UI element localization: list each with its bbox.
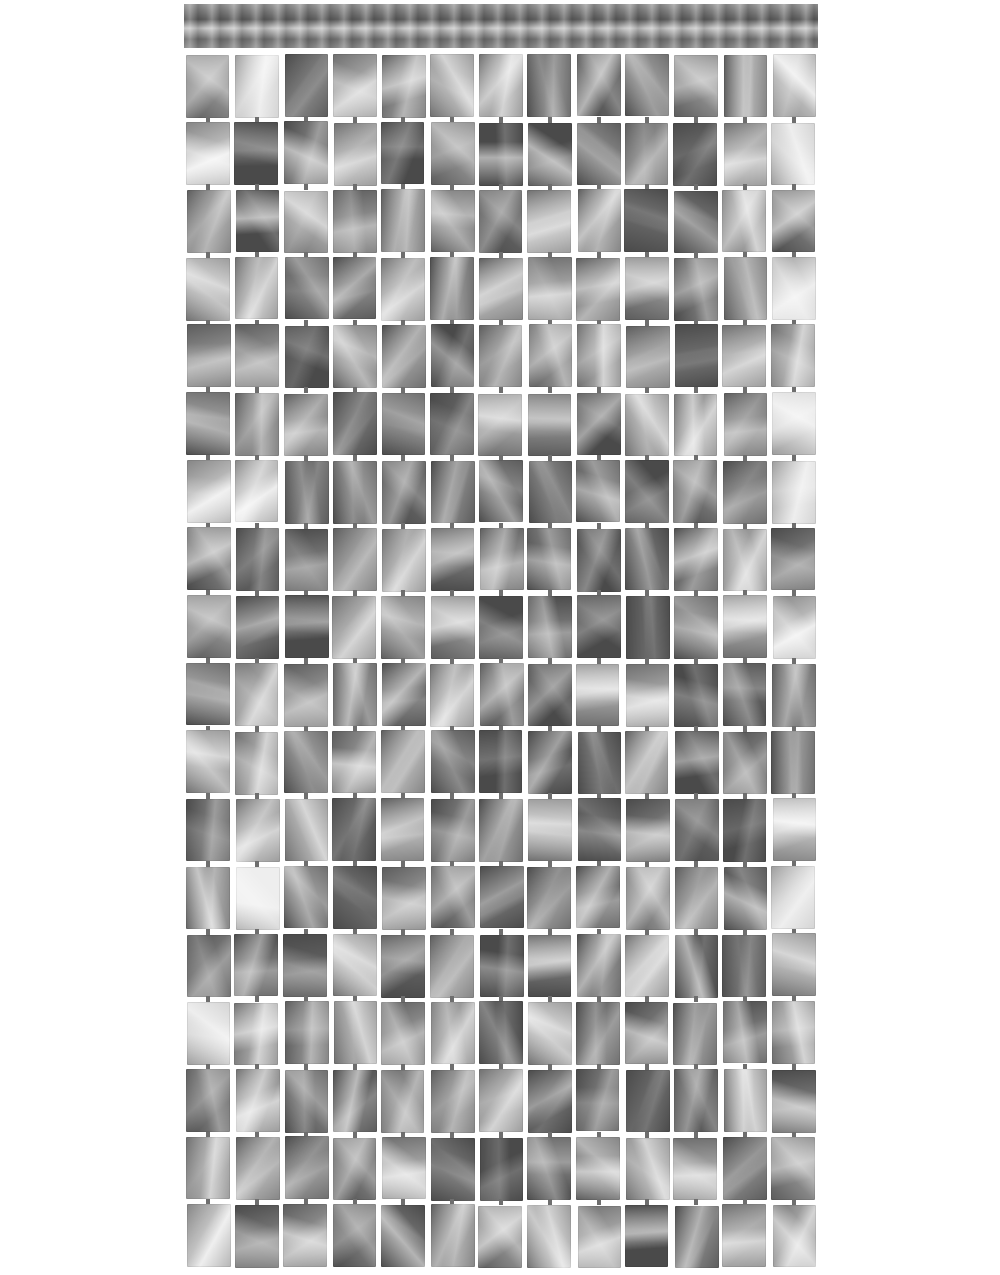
- tile-connector: [206, 929, 210, 935]
- foil-tile-grid: [184, 52, 818, 1270]
- foil-tile: [284, 191, 328, 254]
- foil-tile: [723, 595, 767, 658]
- tile-connector: [401, 523, 405, 529]
- foil-tile: [430, 54, 474, 117]
- tile-connector: [743, 523, 747, 529]
- foil-tile: [235, 1205, 279, 1268]
- tile-connector: [743, 387, 747, 393]
- foil-tile: [673, 1003, 717, 1066]
- foil-tile: [675, 935, 719, 998]
- foil-tile: [187, 190, 231, 253]
- foil-tile: [674, 1069, 718, 1132]
- foil-tile: [528, 257, 572, 320]
- foil-tile: [479, 325, 523, 388]
- foil-tile: [527, 54, 571, 117]
- foil-tile: [333, 54, 377, 117]
- foil-tile: [381, 1002, 425, 1065]
- foil-tile: [722, 190, 766, 253]
- foil-tile: [285, 257, 329, 320]
- foil-tile: [187, 1002, 231, 1065]
- foil-tile: [186, 799, 230, 862]
- foil-tile: [576, 664, 620, 727]
- tile-connector: [353, 1132, 357, 1138]
- foil-tile: [381, 798, 425, 861]
- foil-tile: [772, 257, 816, 320]
- foil-tile: [625, 528, 669, 591]
- foil-tile: [529, 324, 573, 387]
- tile-connector: [548, 117, 552, 123]
- tile-connector: [694, 929, 698, 935]
- foil-tile: [285, 799, 329, 862]
- foil-tile: [578, 798, 622, 861]
- tile-connector: [206, 252, 210, 258]
- foil-tile: [675, 867, 719, 930]
- tile-connector: [304, 455, 308, 461]
- foil-tile: [723, 529, 767, 592]
- foil-tile: [381, 1205, 425, 1268]
- foil-tile: [479, 460, 523, 523]
- foil-tile: [674, 258, 718, 321]
- foil-tile: [528, 394, 572, 457]
- foil-tile: [285, 1070, 329, 1133]
- tile-connector: [401, 929, 405, 935]
- tile-connector: [499, 117, 503, 123]
- foil-tile: [480, 663, 524, 726]
- foil-tile: [626, 664, 670, 727]
- foil-tile: [577, 934, 621, 997]
- foil-tile: [771, 324, 815, 387]
- foil-tile: [236, 867, 280, 930]
- foil-tile: [722, 935, 766, 998]
- foil-tile: [772, 1070, 816, 1133]
- foil-tile: [186, 1137, 230, 1200]
- foil-tile: [578, 189, 622, 252]
- foil-tile: [431, 866, 475, 929]
- foil-tile: [430, 664, 474, 727]
- foil-tile: [236, 1137, 280, 1200]
- foil-tile: [332, 596, 376, 659]
- foil-tile: [772, 392, 816, 455]
- foil-tile: [235, 732, 279, 795]
- tile-connector: [450, 1132, 454, 1138]
- foil-tile: [772, 664, 816, 727]
- foil-tile: [285, 326, 329, 389]
- foil-tile: [431, 461, 475, 524]
- foil-tile: [773, 54, 817, 117]
- foil-tile: [382, 529, 426, 592]
- foil-tile: [186, 122, 230, 185]
- tile-connector: [597, 1199, 601, 1205]
- foil-tile: [674, 394, 718, 457]
- tile-connector: [694, 1199, 698, 1205]
- foil-tile: [673, 123, 717, 186]
- foil-tile: [772, 190, 816, 253]
- foil-tile: [625, 1002, 669, 1065]
- foil-tile: [723, 663, 767, 726]
- tile-connector: [694, 996, 698, 1002]
- foil-tile: [333, 325, 377, 388]
- foil-tile: [430, 393, 474, 456]
- foil-tile: [772, 1001, 816, 1064]
- foil-tile: [723, 461, 767, 524]
- foil-tile: [186, 867, 230, 930]
- foil-tile: [675, 799, 719, 862]
- foil-tile: [381, 189, 425, 252]
- foil-tile: [724, 867, 768, 930]
- foil-tile: [431, 730, 475, 793]
- foil-tile: [234, 122, 278, 185]
- foil-tile: [187, 324, 231, 387]
- tile-connector: [450, 658, 454, 664]
- foil-tile: [381, 935, 425, 998]
- foil-tile: [625, 257, 669, 320]
- foil-tile: [186, 1069, 230, 1132]
- foil-tile: [576, 1137, 620, 1200]
- foil-tile: [576, 258, 620, 321]
- foil-tile: [285, 54, 329, 117]
- foil-tile: [332, 731, 376, 794]
- foil-tile: [724, 1069, 768, 1132]
- foil-tile: [235, 324, 279, 387]
- foil-tile: [186, 663, 230, 726]
- foil-tile: [285, 1001, 329, 1064]
- foil-tile: [625, 394, 669, 457]
- foil-tile: [381, 122, 425, 185]
- foil-tile: [480, 1138, 524, 1201]
- tile-connector: [499, 387, 503, 393]
- foil-tile: [675, 1206, 719, 1269]
- foil-tile: [333, 866, 377, 929]
- foil-tile: [479, 730, 523, 793]
- foil-tile: [528, 596, 572, 659]
- foil-tile: [382, 461, 426, 524]
- tile-connector: [255, 861, 259, 867]
- foil-tile: [333, 1138, 377, 1201]
- foil-tile: [576, 460, 620, 523]
- foil-tile: [236, 1069, 280, 1132]
- foil-tile: [577, 324, 621, 387]
- foil-tile: [576, 1002, 620, 1065]
- foil-tile: [333, 934, 377, 997]
- foil-tile: [478, 1206, 522, 1269]
- foil-tile: [480, 935, 524, 998]
- foil-tile: [724, 257, 768, 320]
- foil-tile: [284, 121, 328, 184]
- foil-tile: [577, 54, 621, 117]
- tile-connector: [304, 387, 308, 393]
- foil-tile: [771, 731, 815, 794]
- foil-tile: [431, 1138, 475, 1201]
- foil-tile: [186, 392, 230, 455]
- foil-tile: [527, 867, 571, 930]
- foil-tile: [625, 54, 669, 117]
- foil-tile: [236, 799, 280, 862]
- foil-tile: [285, 595, 329, 658]
- foil-curtain: [184, 4, 818, 1270]
- foil-tile: [334, 123, 378, 186]
- foil-tile: [186, 258, 230, 321]
- foil-tile: [187, 595, 231, 658]
- foil-tile: [284, 866, 328, 929]
- foil-tile: [577, 529, 621, 592]
- foil-tile: [431, 799, 475, 862]
- foil-tile: [528, 1070, 572, 1133]
- tile-connector: [255, 387, 259, 393]
- foil-tile: [334, 1001, 378, 1064]
- foil-tile: [528, 664, 572, 727]
- foil-tile: [479, 799, 523, 862]
- foil-tile: [235, 663, 279, 726]
- foil-tile: [332, 798, 376, 861]
- foil-tile: [625, 460, 669, 523]
- tile-connector: [694, 117, 698, 123]
- tile-connector: [792, 1064, 796, 1070]
- foil-tile: [431, 1070, 475, 1133]
- foil-tile: [673, 460, 717, 523]
- foil-tile: [283, 934, 327, 997]
- tile-connector: [255, 726, 259, 732]
- foil-tile: [625, 731, 669, 794]
- foil-tile: [674, 191, 718, 254]
- foil-tile: [381, 258, 425, 321]
- foil-tile: [381, 1070, 425, 1133]
- foil-tile: [479, 123, 523, 186]
- foil-tile: [235, 257, 279, 320]
- foil-tile: [479, 54, 523, 117]
- foil-tile: [381, 596, 425, 659]
- foil-tile: [625, 935, 669, 998]
- foil-tile: [381, 730, 425, 793]
- foil-tile: [431, 1002, 475, 1065]
- foil-tile: [578, 1206, 622, 1269]
- foil-tile: [236, 596, 280, 659]
- foil-tile: [723, 799, 767, 862]
- foil-tile: [723, 1001, 767, 1064]
- tile-connector: [401, 252, 405, 258]
- tile-connector: [499, 1199, 503, 1205]
- foil-tile: [624, 189, 668, 252]
- foil-tile: [772, 933, 816, 996]
- foil-tile: [773, 596, 817, 659]
- foil-tile: [578, 732, 622, 795]
- foil-tile: [527, 190, 571, 253]
- foil-tile: [430, 935, 474, 998]
- foil-tile: [576, 866, 620, 929]
- foil-tile: [771, 528, 815, 591]
- foil-tile: [234, 934, 278, 997]
- foil-tile: [187, 935, 231, 998]
- foil-tile: [773, 1205, 817, 1268]
- tile-connector: [304, 1064, 308, 1070]
- tile-connector: [255, 996, 259, 1002]
- foil-tile: [430, 257, 474, 320]
- foil-tile: [480, 866, 524, 929]
- foil-tile: [285, 461, 329, 524]
- foil-tile: [333, 528, 377, 591]
- foil-tile: [723, 1137, 767, 1200]
- foil-tile: [431, 324, 475, 387]
- foil-tile: [528, 1002, 572, 1065]
- foil-tile: [333, 461, 377, 524]
- foil-tile: [528, 123, 572, 186]
- foil-tile: [235, 393, 279, 456]
- foil-tile: [382, 867, 426, 930]
- foil-tile: [674, 528, 718, 591]
- foil-tile: [722, 1204, 766, 1267]
- foil-tile: [333, 392, 377, 455]
- foil-tile: [577, 393, 621, 456]
- foil-tile: [285, 529, 329, 592]
- tile-connector: [743, 726, 747, 732]
- foil-tile: [478, 394, 522, 457]
- foil-tile: [382, 1137, 426, 1200]
- foil-tile: [626, 1138, 670, 1201]
- foil-tile: [235, 55, 279, 118]
- foil-tile: [186, 730, 230, 793]
- tile-connector: [548, 1064, 552, 1070]
- tile-connector: [450, 929, 454, 935]
- foil-tile: [674, 596, 718, 659]
- foil-tile: [284, 664, 328, 727]
- foil-tile: [431, 528, 475, 591]
- foil-tile: [479, 190, 523, 253]
- foil-tile: [333, 190, 377, 253]
- foil-tile: [528, 731, 572, 794]
- foil-tile: [333, 257, 377, 320]
- foil-tile: [382, 325, 426, 388]
- foil-tile: [674, 664, 718, 727]
- tile-connector: [548, 387, 552, 393]
- foil-tile: [479, 596, 523, 659]
- foil-tile: [431, 1204, 475, 1267]
- foil-tile: [626, 799, 670, 862]
- foil-tile: [675, 731, 719, 794]
- foil-tile: [187, 527, 231, 590]
- foil-tile: [724, 393, 768, 456]
- foil-tile: [527, 1205, 571, 1268]
- tile-connector: [694, 590, 698, 596]
- foil-tile: [382, 393, 426, 456]
- tile-connector: [694, 184, 698, 190]
- foil-tile: [771, 1137, 815, 1200]
- foil-tile: [723, 732, 767, 795]
- foil-tile: [187, 1204, 231, 1267]
- tile-connector: [645, 658, 649, 664]
- foil-tile: [626, 596, 670, 659]
- foil-tile: [529, 461, 573, 524]
- foil-tile: [285, 1136, 329, 1199]
- foil-tile: [577, 595, 621, 658]
- foil-tile: [333, 1070, 377, 1133]
- foil-tile: [626, 326, 670, 389]
- foil-tile: [722, 325, 766, 388]
- foil-tile: [527, 528, 571, 591]
- foil-tile: [234, 1003, 278, 1066]
- foil-tile: [479, 1069, 523, 1132]
- foil-tile: [771, 866, 815, 929]
- foil-tile: [576, 1069, 620, 1132]
- foil-tile: [527, 1137, 571, 1200]
- foil-tile: [479, 258, 523, 321]
- foil-tile: [724, 123, 768, 186]
- foil-tile: [773, 798, 817, 861]
- foil-tile: [333, 663, 377, 726]
- foil-tile: [724, 55, 768, 118]
- foil-tile: [284, 394, 328, 457]
- foil-tile: [626, 1070, 670, 1133]
- foil-tile: [431, 122, 475, 185]
- foil-tile: [382, 55, 426, 118]
- foil-tile: [284, 731, 328, 794]
- foil-tile: [479, 1001, 523, 1064]
- foil-tile: [283, 1204, 327, 1267]
- tile-connector: [743, 117, 747, 123]
- foil-tile: [186, 55, 230, 118]
- foil-tile: [772, 461, 816, 524]
- foil-tile: [333, 1204, 377, 1267]
- foil-tile: [431, 190, 475, 253]
- tile-connector: [304, 184, 308, 190]
- foil-tile: [771, 123, 815, 186]
- foil-tile: [528, 935, 572, 998]
- foil-tile: [235, 460, 279, 523]
- tile-connector: [645, 861, 649, 867]
- tile-connector: [401, 1064, 405, 1070]
- tile-connector: [353, 117, 357, 123]
- foil-tile: [675, 324, 719, 387]
- tile-connector: [499, 1132, 503, 1138]
- foil-tile: [480, 528, 524, 591]
- foil-tile: [187, 460, 231, 523]
- foil-tile: [431, 596, 475, 659]
- foil-tile: [236, 528, 280, 591]
- foil-tile: [625, 123, 669, 186]
- tile-connector: [597, 252, 601, 258]
- foil-tile: [673, 1138, 717, 1201]
- tile-connector: [792, 658, 796, 664]
- tile-connector: [694, 387, 698, 393]
- foil-tile: [577, 123, 621, 186]
- foil-tile: [626, 867, 670, 930]
- curtain-header-strip: [184, 4, 818, 48]
- foil-tile: [625, 1205, 669, 1268]
- foil-tile: [674, 55, 718, 118]
- foil-tile: [528, 799, 572, 862]
- foil-tile: [382, 663, 426, 726]
- foil-tile: [236, 190, 280, 253]
- tile-connector: [450, 1064, 454, 1070]
- tile-connector: [645, 387, 649, 393]
- tile-connector: [597, 523, 601, 529]
